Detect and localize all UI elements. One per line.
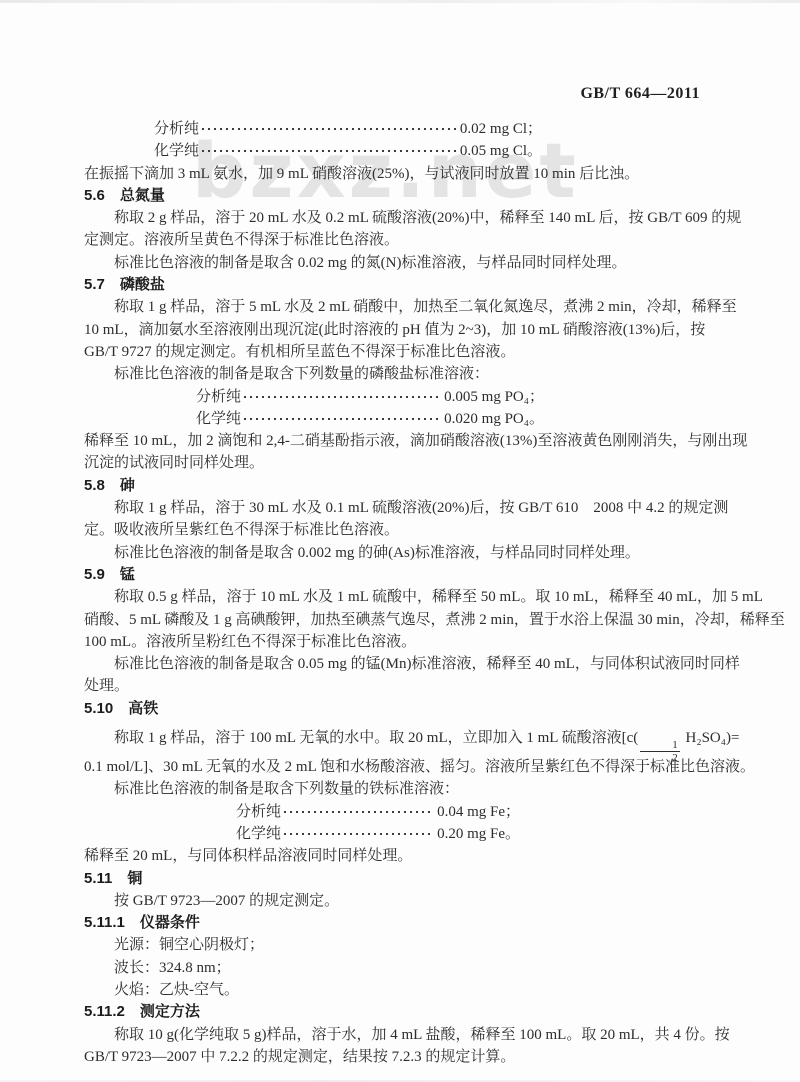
text-line: 100 mL。溶液所呈粉红色不得深于标准比色溶液。 [84,631,720,653]
limit-value: 0.020 mg PO₄。 [444,408,544,430]
leader-line: 化学纯0.20 mg Fe。 [84,823,720,845]
dot-leader [244,396,441,398]
standard-number-header: GB/T 664—2011 [580,85,700,103]
scanned-standard-page: bzxz.net GB/T 664—2011 分析纯0.02 mg Cl；化学纯… [0,0,800,1082]
text-line: 称取 0.5 g 样品，溶于 10 mL 水及 1 mL 硫酸中，稀释至 50 … [84,586,720,608]
text-line: 波长：324.8 nm； [84,957,720,979]
leader-line: 分析纯0.005 mg PO₄； [84,386,720,408]
text-line: 定测定。溶液所呈黄色不得深于标准比色溶液。 [84,229,720,251]
leader-line: 分析纯0.04 mg Fe； [84,801,720,823]
section-heading: 5.9 锰 [84,564,720,586]
limit-value: 0.20 mg Fe。 [437,823,520,845]
text-line: 按 GB/T 9723—2007 的规定测定。 [84,890,720,912]
text-line: 0.1 mol/L]、30 mL 无氧的水及 2 mL 饱和水杨酸溶液、摇匀。溶… [84,756,720,778]
text-line: 标准比色溶液的制备是取含 0.002 mg 的砷(As)标准溶液，与样品同时同样… [84,542,720,564]
section-heading: 5.11 铜 [84,868,720,890]
leader-line: 化学纯0.05 mg Cl。 [84,140,720,162]
dot-leader [284,811,434,813]
section-heading: 5.8 砷 [84,475,720,497]
text-line: 稀释至 20 mL，与同体积样品溶液同时同样处理。 [84,845,720,867]
grade-label: 化学纯 [154,140,199,162]
text-line: 标准比色溶液的制备是取含 0.02 mg 的氮(N)标准溶液，与样品同时同样处理… [84,252,720,274]
text-line: 稀释至 10 mL，加 2 滴饱和 2,4-二硝基酚指示液，滴加硝酸溶液(13%… [84,430,720,452]
text-line: 称取 1 g 样品，溶于 100 mL 无氧的水中。取 20 mL，立即加入 1… [84,720,720,756]
text-line: 定。吸收液所呈紫红色不得深于标准比色溶液。 [84,519,720,541]
text-line: 称取 2 g 样品，溶于 20 mL 水及 0.2 mL 硫酸溶液(20%)中，… [84,207,720,229]
dot-leader [202,150,457,152]
dot-leader [284,833,434,835]
section-heading: 5.6 总氮量 [84,185,720,207]
dot-leader [202,128,457,130]
text-line: 处理。 [84,675,720,697]
grade-label: 化学纯 [236,823,281,845]
leader-line: 化学纯0.020 mg PO₄。 [84,408,720,430]
text-line: 在振摇下滴加 3 mL 氨水，加 9 mL 硝酸溶液(25%)，与试液同时放置 … [84,163,720,185]
dot-leader [244,418,441,420]
section-heading: 5.7 磷酸盐 [84,274,720,296]
limit-value: 0.005 mg PO₄； [444,386,544,408]
text-line: 10 mL，滴加氨水至溶液刚出现沉淀(此时溶液的 pH 值为 2~3)，加 10… [84,319,720,341]
text-line: 沉淀的试液同时同样处理。 [84,452,720,474]
leader-line: 分析纯0.02 mg Cl； [84,118,720,140]
text-line: 标准比色溶液的制备是取含下列数量的磷酸盐标准溶液： [84,363,720,385]
section-heading: 5.11.2 测定方法 [84,1001,720,1023]
section-heading: 5.11.1 仪器条件 [84,912,720,934]
text-line: 火焰：乙炔-空气。 [84,979,720,1001]
document-body: 分析纯0.02 mg Cl；化学纯0.05 mg Cl。在振摇下滴加 3 mL … [84,118,720,1068]
grade-label: 化学纯 [196,408,241,430]
text-line: 称取 10 g(化学纯取 5 g)样品，溶于水，加 4 mL 盐酸，稀释至 10… [84,1024,720,1046]
text-line: 称取 1 g 样品，溶于 30 mL 水及 0.1 mL 硫酸溶液(20%)后，… [84,497,720,519]
grade-label: 分析纯 [236,801,281,823]
text-line: 称取 1 g 样品，溶于 5 mL 水及 2 mL 硝酸中，加热至二氧化氮逸尽，… [84,296,720,318]
scan-artifact-top [0,0,800,3]
section-heading: 5.10 高铁 [84,698,720,720]
text-line: GB/T 9723—2007 中 7.2.2 的规定测定，结果按 7.2.3 的… [84,1046,720,1068]
limit-value: 0.04 mg Fe； [437,801,520,823]
text-line: 光源：铜空心阴极灯； [84,934,720,956]
text-line: GB/T 9727 的规定测定。有机相所呈蓝色不得深于标准比色溶液。 [84,341,720,363]
limit-value: 0.05 mg Cl。 [460,140,542,162]
limit-value: 0.02 mg Cl； [460,118,542,140]
text-line: 硝酸、5 mL 磷酸及 1 g 高碘酸钾，加热至碘蒸气逸尽，煮沸 2 min，置… [84,609,720,631]
text-line: 标准比色溶液的制备是取含 0.05 mg 的锰(Mn)标准溶液，稀释至 40 m… [84,653,720,675]
text-line: 标准比色溶液的制备是取含下列数量的铁标准溶液： [84,778,720,800]
grade-label: 分析纯 [196,386,241,408]
grade-label: 分析纯 [154,118,199,140]
